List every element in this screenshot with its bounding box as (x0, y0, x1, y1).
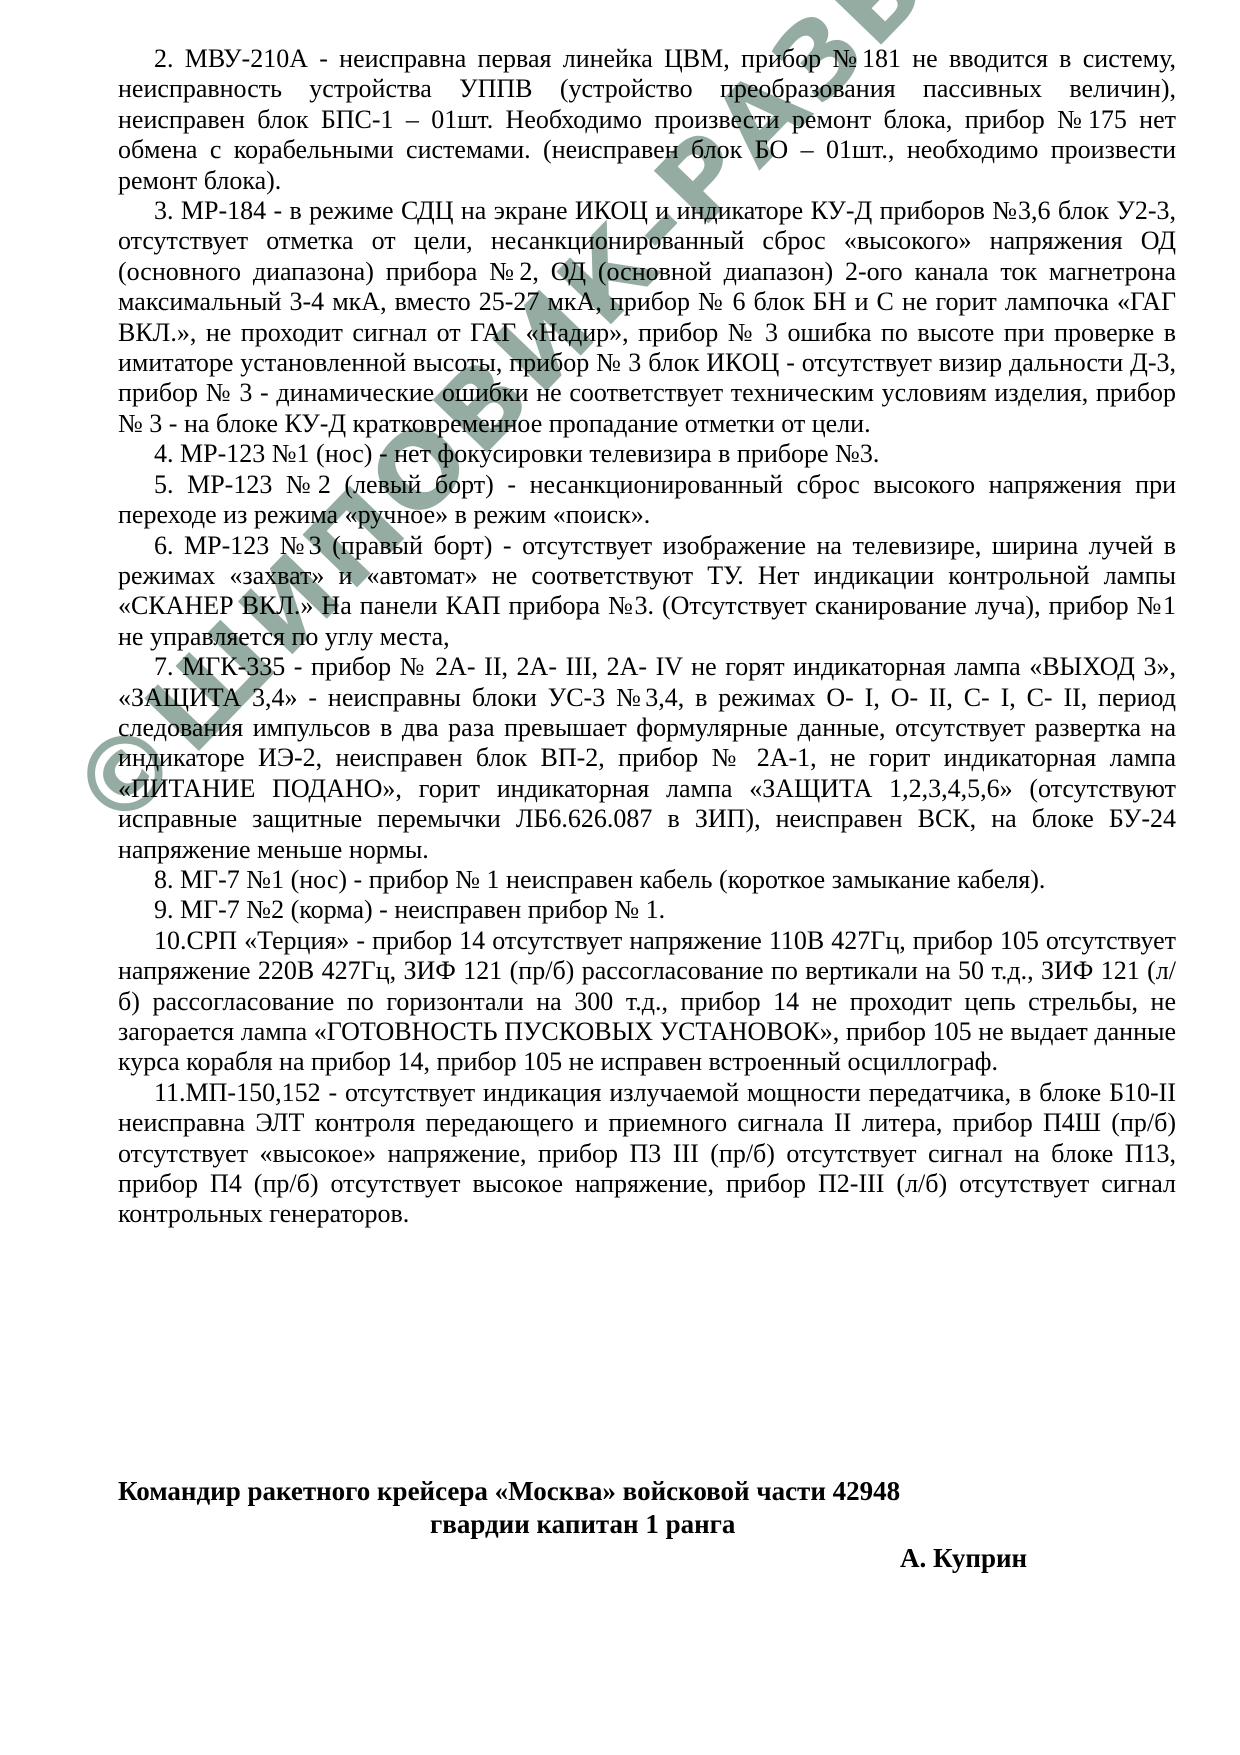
paragraph-item-7: 7. МГК-335 - прибор № 2А- II, 2А- III, 2… (118, 652, 1176, 865)
signature-rank: гвардии капитан 1 ранга (430, 1509, 735, 1540)
paragraph-item-8: 8. МГ-7 №1 (нос) - прибор № 1 неисправен… (118, 865, 1176, 895)
signature-position: Командир ракетного крейсера «Москва» вой… (118, 1476, 900, 1507)
paragraph-item-9: 9. МГ-7 №2 (корма) - неисправен прибор №… (118, 895, 1176, 925)
signature-name: А. Куприн (900, 1543, 1027, 1574)
paragraph-item-2: 2. МВУ-210А - неисправна первая линейка … (118, 44, 1176, 196)
paragraph-item-5: 5. МР-123 №2 (левый борт) - несанкционир… (118, 470, 1176, 531)
paragraph-item-4: 4. МР-123 №1 (нос) - нет фокусировки тел… (118, 439, 1176, 469)
paragraph-item-3: 3. МР-184 - в режиме СДЦ на экране ИКОЦ … (118, 196, 1176, 439)
document-page: ©ШИПОВИК-РАЗБОЙНИК 2. МВУ-210А - неиспра… (0, 0, 1240, 1755)
paragraph-item-11: 11.МП-150,152 - отсутствует индикация из… (118, 1078, 1176, 1230)
report-body: 2. МВУ-210А - неисправна первая линейка … (118, 44, 1176, 1230)
paragraph-item-10: 10.СРП «Терция» - прибор 14 отсутствует … (118, 926, 1176, 1078)
paragraph-item-6: 6. МР-123 №3 (правый борт) - отсутствует… (118, 531, 1176, 653)
